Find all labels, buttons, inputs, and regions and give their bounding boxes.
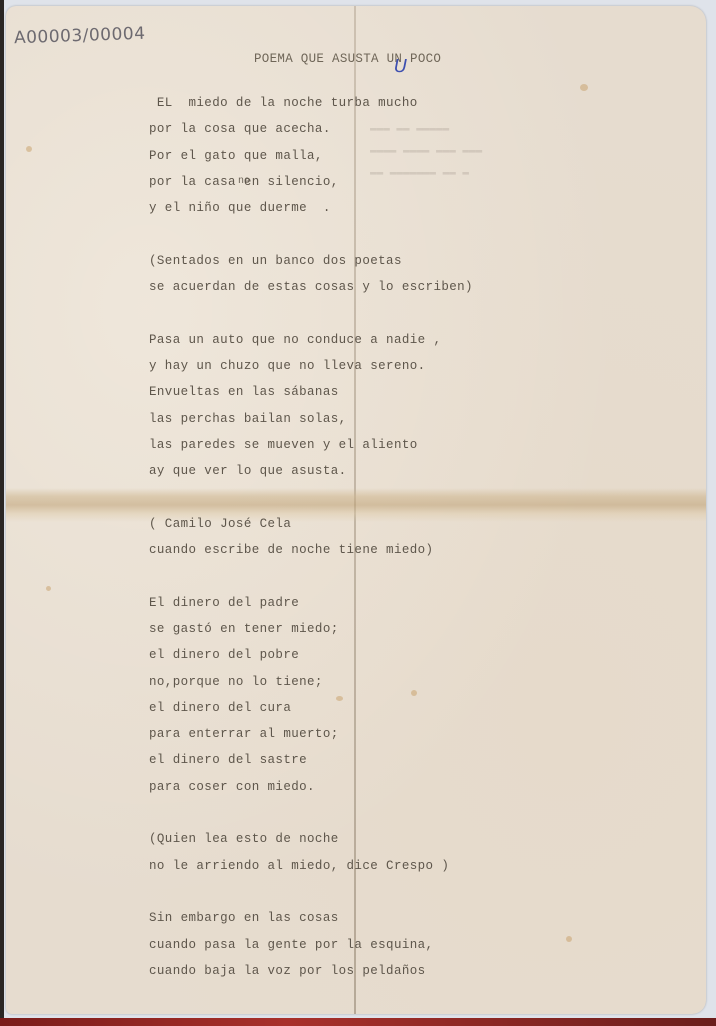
poem-line: por la cosa que acecha. <box>149 116 479 142</box>
poem-line: (Sentados en un banco dos poetas <box>149 248 479 274</box>
stanza-gap <box>149 221 479 247</box>
poem-line: para coser con miedo. <box>149 774 479 800</box>
poem-line: y hay un chuzo que no lleva sereno. <box>149 353 479 379</box>
stanza-5: El dinero del padre se gastó en tener mi… <box>149 590 479 800</box>
stanza-gap <box>149 300 479 326</box>
poem-line: el dinero del pobre <box>149 642 479 668</box>
stanza-gap <box>149 800 479 826</box>
poem-line: cuando baja la voz por los peldaños <box>149 958 479 984</box>
poem-line: las perchas bailan solas, <box>149 406 479 432</box>
stanza-gap <box>149 879 479 905</box>
poem-line: cuando pasa la gente por la esquina, <box>149 932 479 958</box>
poem-line: se gastó en tener miedo; <box>149 616 479 642</box>
poem-line: por la casa en silencio, <box>149 169 479 195</box>
stanza-7: Sin embargo en las cosas cuando pasa la … <box>149 905 479 984</box>
stanza-4: ( Camilo José Cela cuando escribe de noc… <box>149 511 479 564</box>
poem-line: El dinero del padre <box>149 590 479 616</box>
stanza-gap <box>149 484 479 510</box>
stanza-gap <box>149 563 479 589</box>
scan-left-edge <box>0 0 4 1026</box>
stanza-3: Pasa un auto que no conduce a nadie , y … <box>149 327 479 485</box>
poem-line: para enterrar al muerto; <box>149 721 479 747</box>
poem-line: no le arriendo al miedo, dice Crespo ) <box>149 853 479 879</box>
poem-line: las paredes se mueven y el aliento <box>149 432 479 458</box>
poem-line: y el niño que duerme . <box>149 195 479 221</box>
poem-line: cuando escribe de noche tiene miedo) <box>149 537 479 563</box>
poem-body: EL miedo de la noche turba mucho por la … <box>149 90 479 984</box>
stanza-2: (Sentados en un banco dos poetas se acue… <box>149 248 479 301</box>
poem-line: (Quien lea esto de noche <box>149 826 479 852</box>
poem-line: Envueltas en las sábanas <box>149 379 479 405</box>
foxing-stain <box>26 146 32 152</box>
poem-line: Sin embargo en las cosas <box>149 905 479 931</box>
poem-line: EL miedo de la noche turba mucho <box>149 90 479 116</box>
poem-line: el dinero del sastre <box>149 747 479 773</box>
poem-line: no,porque no lo tiene; <box>149 669 479 695</box>
foxing-stain <box>46 586 51 591</box>
poem-title: POEMA QUE ASUSTA UN POCO <box>254 52 441 66</box>
poem-line: el dinero del cura <box>149 695 479 721</box>
poem-line: se acuerdan de estas cosas y lo escriben… <box>149 274 479 300</box>
stanza-1: EL miedo de la noche turba mucho por la … <box>149 90 479 221</box>
stanza-6: (Quien lea esto de noche no le arriendo … <box>149 826 479 879</box>
poem-line: ( Camilo José Cela <box>149 511 479 537</box>
poem-line: ay que ver lo que asusta. <box>149 458 479 484</box>
scan-bottom-edge <box>0 1018 716 1026</box>
handwritten-correction-mark: U <box>394 56 407 77</box>
poem-line: Pasa un auto que no conduce a nadie , <box>149 327 479 353</box>
foxing-stain <box>580 84 588 91</box>
poem-line: Por el gato que malla, <box>149 143 479 169</box>
foxing-stain <box>566 936 572 942</box>
